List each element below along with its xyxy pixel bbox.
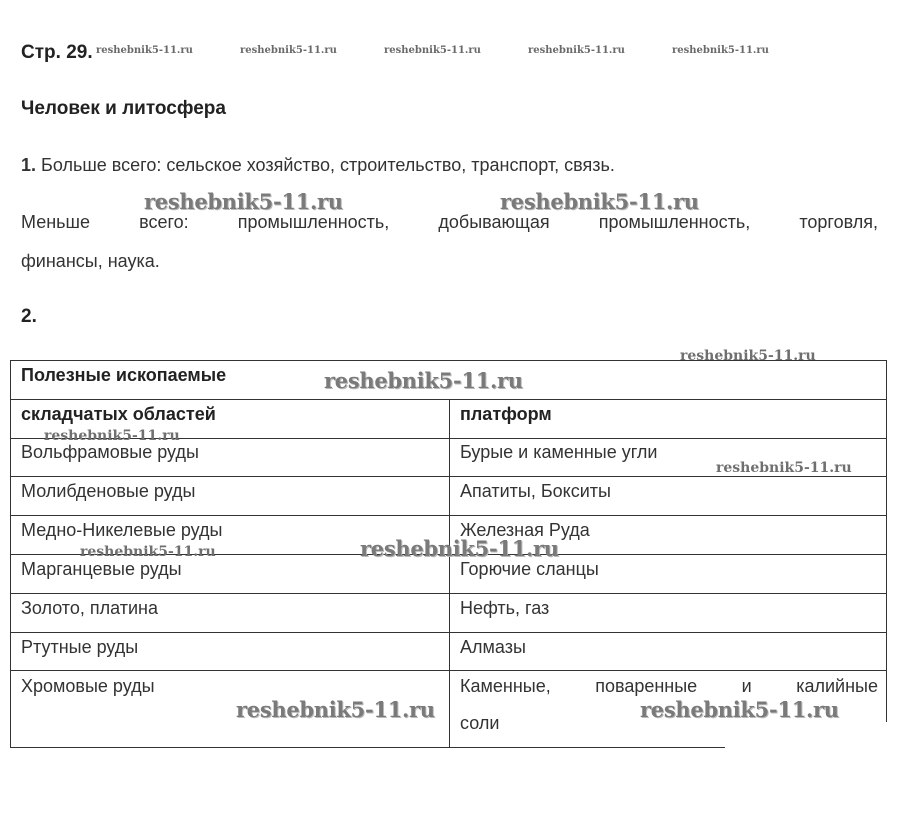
table-column-divider: [449, 399, 450, 748]
table-cell: Вольфрамовые руды: [21, 442, 199, 463]
task2-number: 2.: [21, 306, 37, 328]
table-cell: Нефть, газ: [460, 598, 549, 619]
table-title: Полезные ископаемые: [21, 365, 226, 386]
watermark: reshebnik5-11.ru: [44, 428, 180, 444]
table-cell: Бурые и каменные угли: [460, 442, 657, 463]
table-divider: [10, 670, 887, 671]
table-divider: [10, 593, 887, 594]
watermark: reshebnik5-11.ru: [236, 697, 435, 722]
table-cell: Ртутные руды: [21, 637, 138, 658]
page-reference: Стр. 29.: [21, 42, 93, 64]
column-header-platforms: платформ: [460, 404, 552, 425]
task1-least-text-cont: финансы, наука.: [21, 251, 160, 272]
table-border-right: [886, 360, 887, 722]
watermark: reshebnik5-11.ru: [528, 45, 625, 56]
table-border-bottom: [10, 747, 725, 748]
watermark: reshebnik5-11.ru: [680, 348, 816, 364]
section-title: Человек и литосфера: [21, 98, 226, 120]
watermark: reshebnik5-11.ru: [500, 189, 699, 214]
watermark: reshebnik5-11.ru: [716, 460, 852, 476]
table-divider: [10, 399, 887, 400]
watermark: reshebnik5-11.ru: [672, 45, 769, 56]
table-divider: [10, 515, 887, 516]
table-divider: [10, 632, 887, 633]
table-cell: Золото, платина: [21, 598, 158, 619]
watermark: reshebnik5-11.ru: [96, 45, 193, 56]
task1-most-text: Больше всего: сельское хозяйство, строит…: [41, 155, 615, 175]
table-cell: Медно-Никелевые руды: [21, 520, 222, 541]
task1-least-text: Меньше всего: промышленность, добывающая…: [21, 212, 878, 233]
watermark: reshebnik5-11.ru: [384, 45, 481, 56]
watermark: reshebnik5-11.ru: [80, 544, 216, 560]
watermark: reshebnik5-11.ru: [360, 536, 559, 561]
table-cell: Молибденовые руды: [21, 481, 196, 502]
table-cell: Горючие сланцы: [460, 559, 599, 580]
table-divider: [10, 476, 887, 477]
watermark: reshebnik5-11.ru: [240, 45, 337, 56]
table-cell: Марганцевые руды: [21, 559, 182, 580]
table-cell: Хромовые руды: [21, 676, 155, 697]
table-cell: Алмазы: [460, 637, 526, 658]
column-header-folded: складчатых областей: [21, 404, 216, 425]
watermark: reshebnik5-11.ru: [640, 697, 839, 722]
table-cell: Каменные, поваренные и калийные: [460, 676, 878, 697]
task1-number: 1.: [21, 155, 36, 175]
watermark: reshebnik5-11.ru: [144, 189, 343, 214]
table-cell: Апатиты, Бокситы: [460, 481, 611, 502]
watermark: reshebnik5-11.ru: [324, 368, 523, 393]
table-cell-continuation: соли: [460, 713, 499, 734]
task1-line1: 1. Больше всего: сельское хозяйство, стр…: [21, 155, 615, 176]
